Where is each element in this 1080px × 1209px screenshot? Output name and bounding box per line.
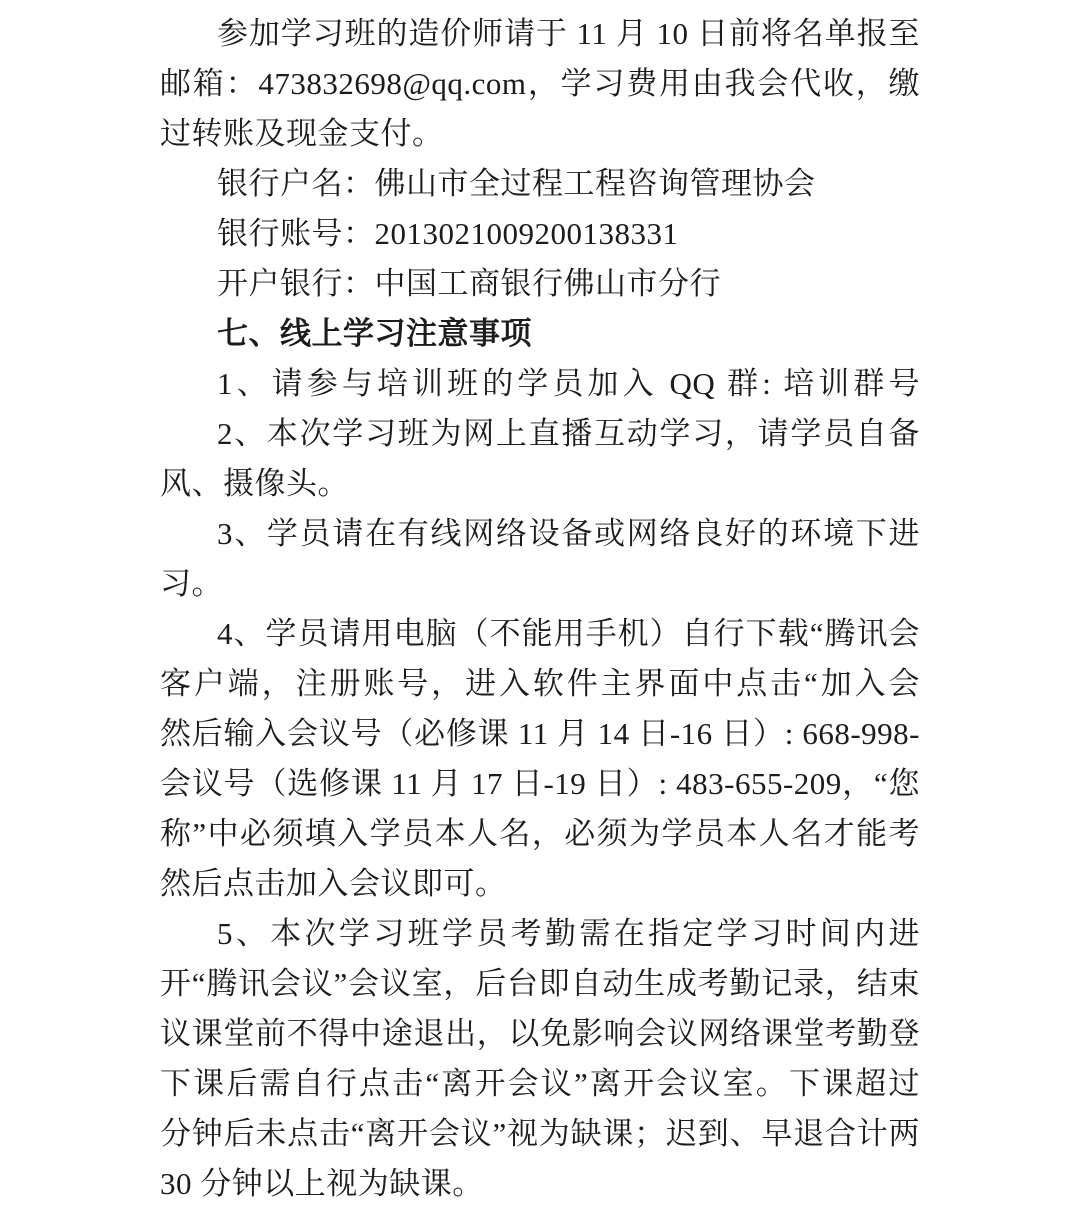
page: { "page": { "background_color": "#ffffff… <box>0 0 1080 1209</box>
text-line: 分钟后未点击“离开会议”视为缺课；迟到、早退合计两次 <box>160 1109 920 1159</box>
text-line: 30 分钟以上视为缺课。 <box>160 1159 920 1209</box>
text-line: 银行账号：2013021009200138331 <box>160 209 920 259</box>
text-line: 会议号（选修课 11 月 17 日-19 日）: 483-655-209，“您的… <box>160 759 920 809</box>
text-line: 邮箱：473832698@qq.com，学习费用由我会代收，缴费可通 <box>160 59 920 109</box>
text-line: 参加学习班的造价师请于 11 月 10 日前将名单报至我会 <box>160 9 920 59</box>
text-line: 称”中必须填入学员本人名，必须为学员本人名才能考勤， <box>160 809 920 859</box>
text-line: 客户端，注册账号，进入软件主界面中点击“加入会议”， <box>160 659 920 709</box>
text-line: 开户银行：中国工商银行佛山市分行 <box>160 259 920 309</box>
text-line: 七、线上学习注意事项 <box>160 309 920 359</box>
notice-document: 参加学习班的造价师请于 11 月 10 日前将名单报至我会邮箱：47383269… <box>160 9 920 1209</box>
text-line: 过转账及现金支付。 <box>160 109 920 159</box>
text-line: 风、摄像头。 <box>160 459 920 509</box>
text-line: 然后输入会议号（必修课 11 月 14 日-16 日）: 668-998-260… <box>160 709 920 759</box>
text-line: 开“腾讯会议”会议室，后台即自动生成考勤记录，结束会 <box>160 959 920 1009</box>
text-line: 议课堂前不得中途退出，以免影响会议网络课堂考勤登记。 <box>160 1009 920 1059</box>
text-line: 银行户名：佛山市全过程工程咨询管理协会 <box>160 159 920 209</box>
text-line: 4、学员请用电脑（不能用手机）自行下载“腾讯会议” <box>160 609 920 659</box>
text-line: 然后点击加入会议即可。 <box>160 859 920 909</box>
text-line: 下课后需自行点击“离开会议”离开会议室。下课超过 30 <box>160 1059 920 1109</box>
text-line: 5、本次学习班学员考勤需在指定学习时间内进入、离 <box>160 909 920 959</box>
text-line: 3、学员请在有线网络设备或网络良好的环境下进行学 <box>160 509 920 559</box>
text-line: 习。 <box>160 559 920 609</box>
text-line: 1、请参与培训班的学员加入 QQ 群: 培训群号 424670861 <box>160 359 920 409</box>
text-line: 2、本次学习班为网上直播互动学习，请学员自备麦克 <box>160 409 920 459</box>
